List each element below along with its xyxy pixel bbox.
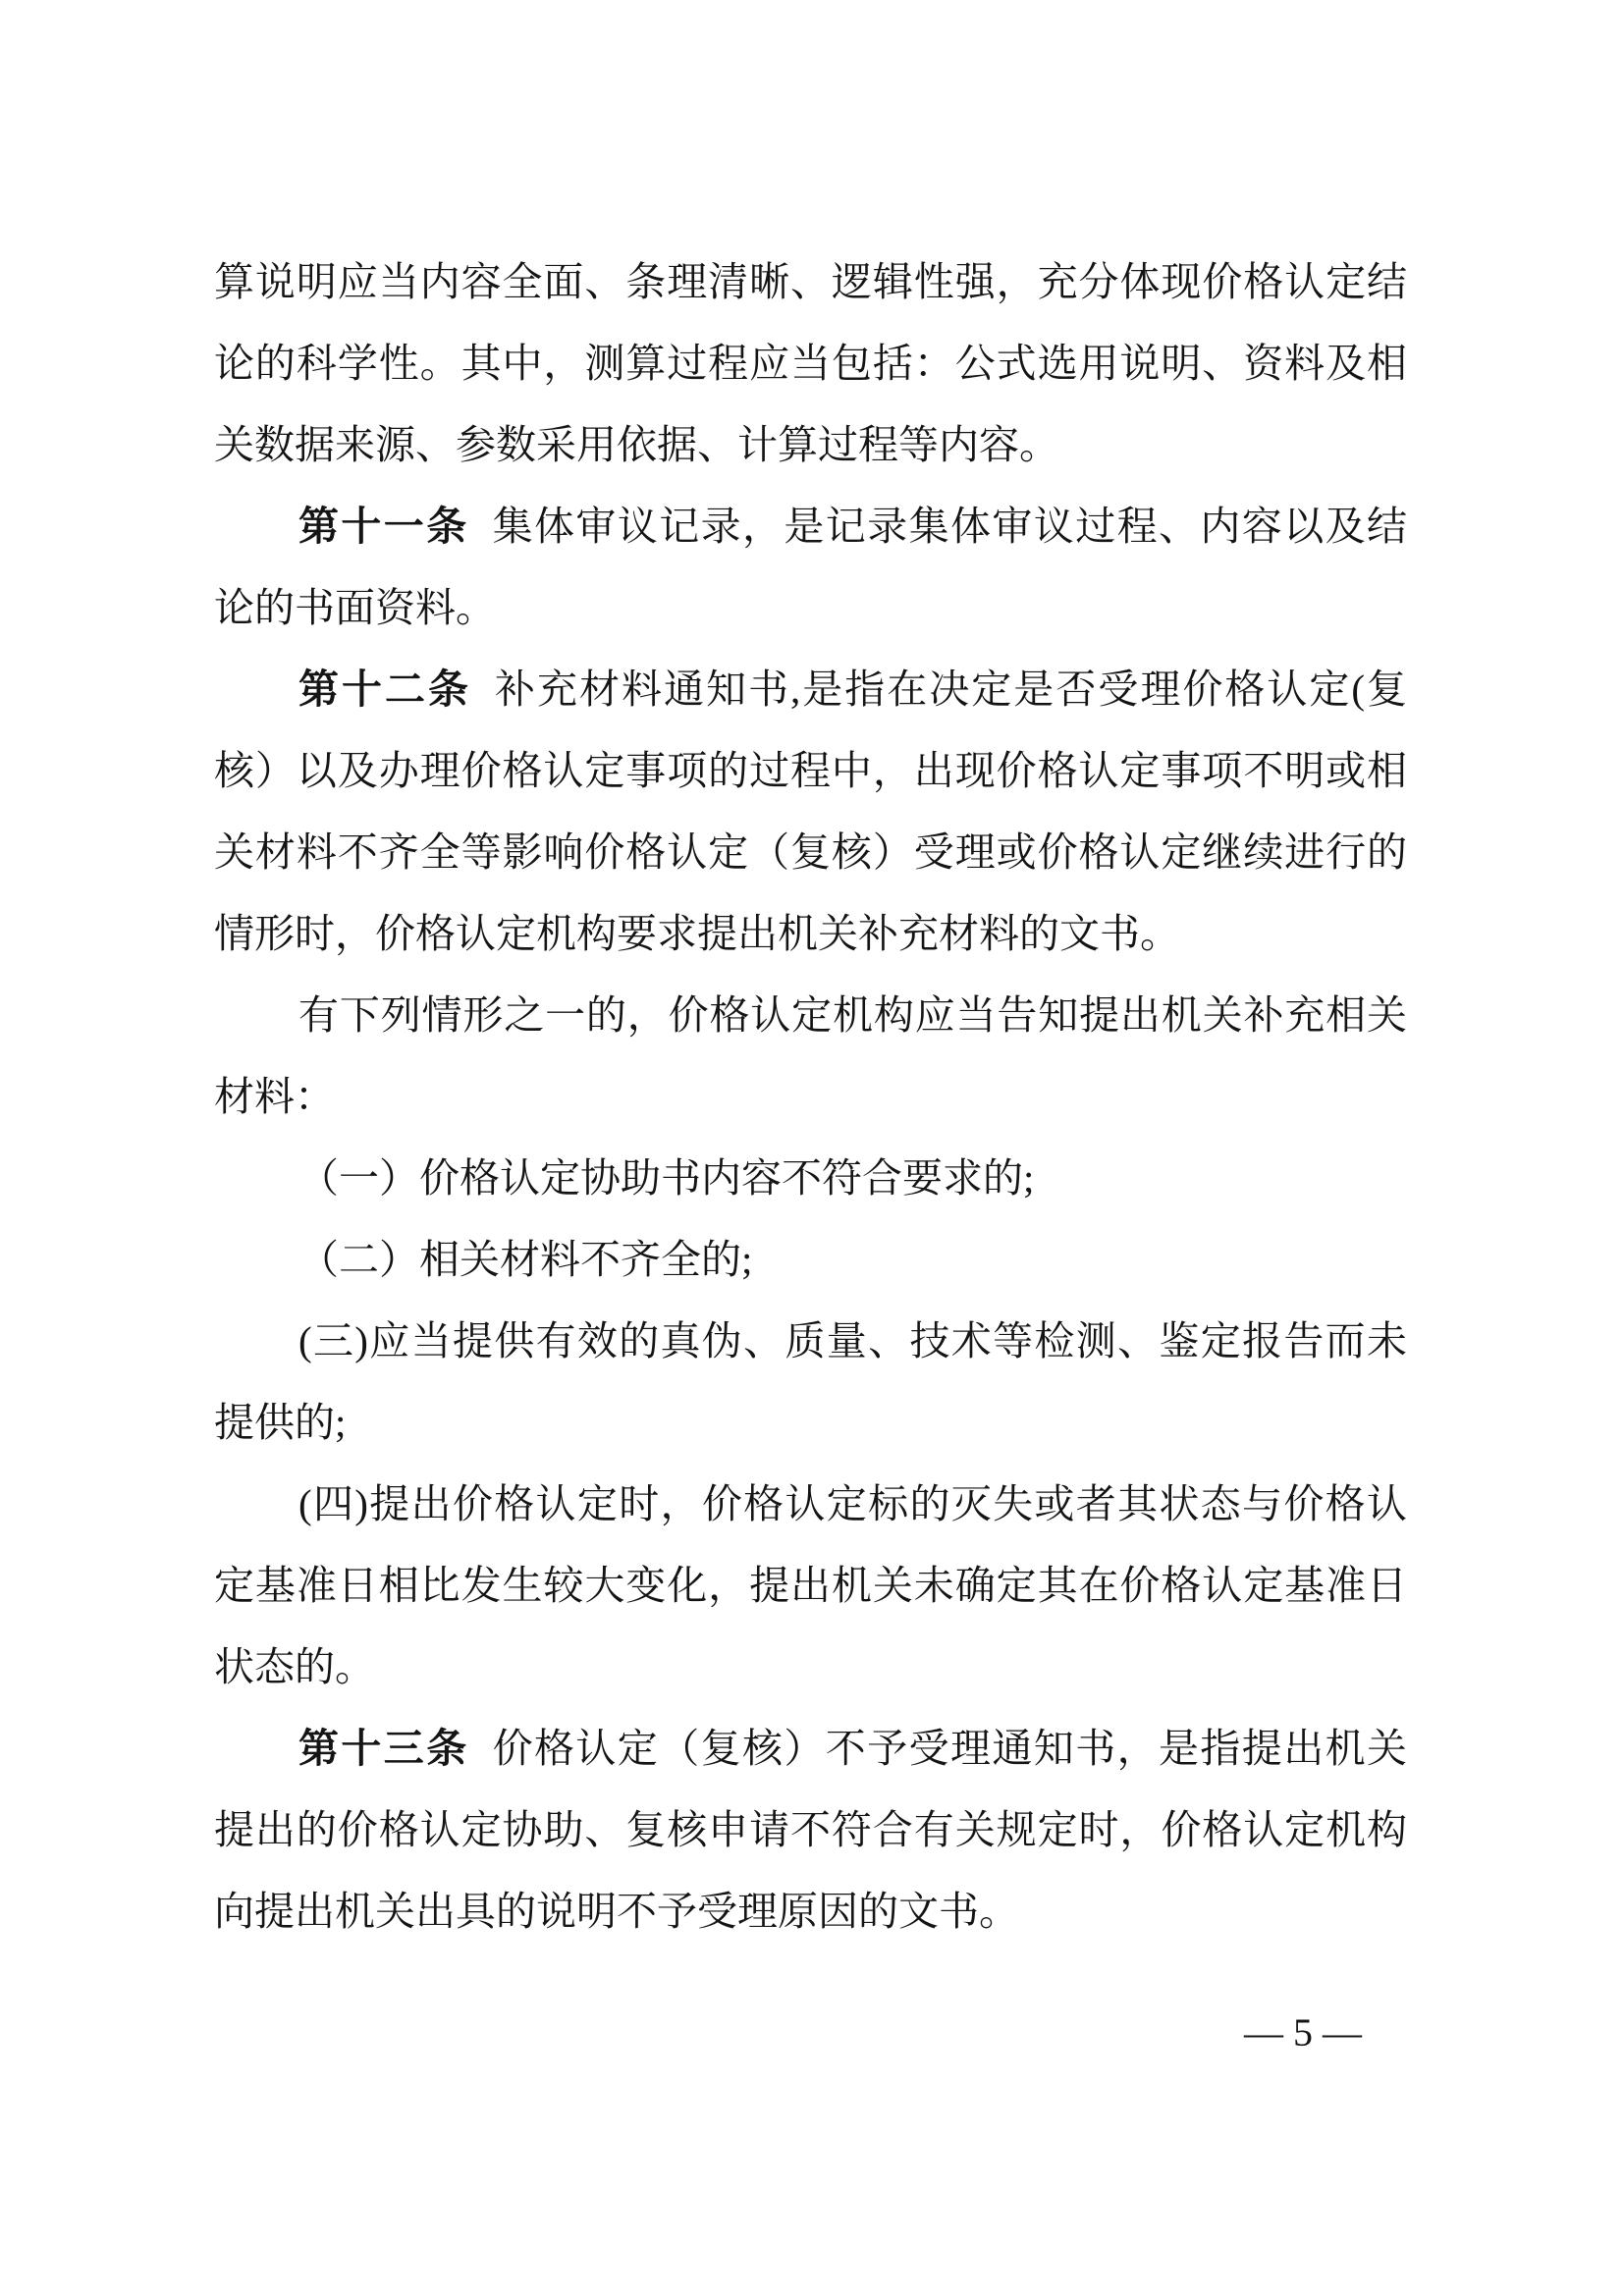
text-line: 算说明应当内容全面、条理清晰、逻辑性强，充分体现价格认定结 — [214, 241, 1407, 323]
text-line-item-4: (四)提出价格认定时，价格认定标的灭失或者其状态与价格认 — [214, 1464, 1407, 1545]
text-line-article-13: 第十三条价格认定（复核）不予受理通知书，是指提出机关 — [214, 1708, 1407, 1789]
document-page: 算说明应当内容全面、条理清晰、逻辑性强，充分体现价格认定结 论的科学性。其中，测… — [0, 0, 1623, 2296]
text-line-item-2: （二）相关材料不齐全的; — [214, 1219, 1407, 1301]
article-label: 第十三条 — [298, 1726, 469, 1771]
text-line: 材料： — [214, 1056, 1407, 1138]
text-line: 关材料不齐全等影响价格认定（复核）受理或价格认定继续进行的 — [214, 812, 1407, 893]
text-line-article-12: 第十二条补充材料通知书,是指在决定是否受理价格认定(复 — [214, 649, 1407, 730]
text-line: 定基准日相比发生较大变化，提出机关未确定其在价格认定基准日 — [214, 1545, 1407, 1627]
text-line: 论的科学性。其中，测算过程应当包括：公式选用说明、资料及相 — [214, 323, 1407, 404]
text-line: 提出的价格认定协助、复核申请不符合有关规定时，价格认定机构 — [214, 1789, 1407, 1871]
article-label: 第十一条 — [298, 504, 469, 549]
article-text: 集体审议记录，是记录集体审议过程、内容以及结 — [493, 504, 1407, 549]
text-line: 状态的。 — [214, 1627, 1407, 1708]
text-line: 向提出机关出具的说明不予受理原因的文书。 — [214, 1871, 1407, 1952]
article-text: 补充材料通知书,是指在决定是否受理价格认定(复 — [495, 667, 1407, 712]
document-body: 算说明应当内容全面、条理清晰、逻辑性强，充分体现价格认定结 论的科学性。其中，测… — [214, 241, 1407, 1952]
page-number: — 5 — — [1229, 2008, 1377, 2057]
text-line-item-3: (三)应当提供有效的真伪、质量、技术等检测、鉴定报告而未 — [214, 1301, 1407, 1382]
text-line: 核）以及办理价格认定事项的过程中，出现价格认定事项不明或相 — [214, 730, 1407, 812]
text-line: 关数据来源、参数采用依据、计算过程等内容。 — [214, 404, 1407, 486]
article-text: 价格认定（复核）不予受理通知书，是指提出机关 — [493, 1726, 1407, 1771]
article-label: 第十二条 — [298, 667, 471, 712]
text-line-item-1: （一）价格认定协助书内容不符合要求的; — [214, 1138, 1407, 1219]
text-line: 提供的; — [214, 1382, 1407, 1464]
text-line: 情形时，价格认定机构要求提出机关补充材料的文书。 — [214, 893, 1407, 975]
text-line: 论的书面资料。 — [214, 567, 1407, 649]
text-line: 有下列情形之一的，价格认定机构应当告知提出机关补充相关 — [214, 975, 1407, 1056]
text-line-article-11: 第十一条集体审议记录，是记录集体审议过程、内容以及结 — [214, 486, 1407, 567]
